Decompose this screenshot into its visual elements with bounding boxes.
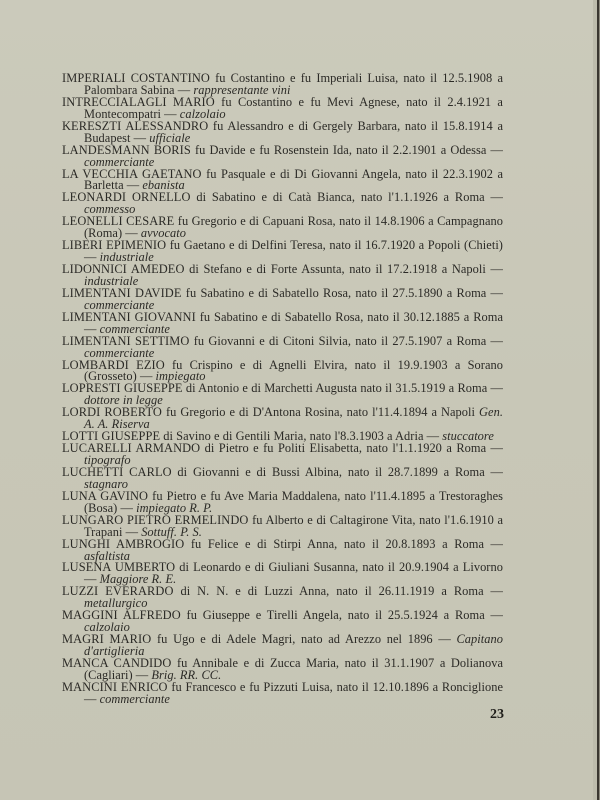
entry-details: fu Davide e fu Rosenstein Ida, nato il 2… (191, 143, 503, 157)
list-item: LOMBARDI EZIO fu Crispino e di Agnelli E… (62, 360, 503, 384)
list-item: MANCA CANDIDO fu Annibale e di Zucca Mar… (62, 658, 503, 682)
list-item: LEONARDI ORNELLO di Sabatino e di Catà B… (62, 192, 503, 216)
page-number: 23 (490, 707, 504, 723)
list-item: KERESZTI ALESSANDRO fu Alessandro e di G… (62, 121, 503, 145)
list-item: LUNA GAVINO fu Pietro e fu Ave Maria Mad… (62, 491, 503, 515)
list-item: LUZZI EVERARDO di N. N. e di Luzzi Anna,… (62, 586, 503, 610)
list-item: LUSENA UMBERTO di Leonardo e di Giuliani… (62, 562, 503, 586)
list-item: LORDI ROBERTO fu Gregorio e di D'Antona … (62, 407, 503, 431)
list-item: LIBERI EPIMENIO fu Gaetano e di Delfini … (62, 240, 503, 264)
list-item: MANCINI ENRICO fu Francesco e fu Pizzuti… (62, 682, 503, 706)
list-item: LUCARELLI ARMANDO di Pietro e fu Politi … (62, 443, 503, 467)
list-item: INTRECCIALAGLI MARIO fu Costantino e fu … (62, 97, 503, 121)
entry-details: fu Gregorio e di D'Antona Rosina, nato l… (162, 405, 479, 419)
list-item: LA VECCHIA GAETANO fu Pasquale e di Di G… (62, 169, 503, 193)
list-item: MAGGINI ALFREDO fu Giuseppe e Tirelli An… (62, 610, 503, 634)
entry-details: fu Ugo e di Adele Magri, nato ad Arezzo … (151, 632, 456, 646)
document-page: IMPERIALI COSTANTINO fu Costantino e fu … (0, 0, 600, 800)
entry-details: di Antonio e di Marchetti Augusta nato i… (183, 381, 503, 395)
entry-details: di Sabatino e di Catà Bianca, nato l'1.1… (191, 190, 503, 204)
list-item: LANDESMANN BORIS fu Davide e fu Rosenste… (62, 145, 503, 169)
entry-details: di Stefano e di Forte Assunta, nato il 1… (185, 262, 503, 276)
entry-details: fu Giovanni e di Citoni Silvia, nato il … (189, 334, 503, 348)
list-item: LUCHETTI CARLO di Giovanni e di Bussi Al… (62, 467, 503, 491)
entry-occupation: commerciante (100, 692, 170, 706)
list-item: LOPRESTI GIUSEPPE di Antonio e di Marche… (62, 383, 503, 407)
list-item: LUNGARO PIETRO ERMELINDO fu Alberto e di… (62, 515, 503, 539)
entry-details: fu Felice e di Stirpi Anna, nato il 20.8… (184, 537, 503, 551)
list-item: LIMENTANI DAVIDE fu Sabatino e di Sabate… (62, 288, 503, 312)
entry-list: IMPERIALI COSTANTINO fu Costantino e fu … (62, 73, 503, 706)
entry-details: fu Giuseppe e Tirelli Angela, nato il 25… (181, 608, 503, 622)
list-item: LEONELLI CESARE fu Gregorio e di Capuani… (62, 216, 503, 240)
list-item: LIMENTANI GIOVANNI fu Sabatino e di Saba… (62, 312, 503, 336)
entry-details: di Giovanni e di Bussi Albina, nato il 2… (172, 465, 503, 479)
entry-details: di N. N. e di Luzzi Anna, nato il 26.11.… (174, 584, 503, 598)
entry-details: di Pietro e fu Politi Elisabetta, nato l… (200, 441, 503, 455)
list-item: LIDONNICI AMEDEO di Stefano e di Forte A… (62, 264, 503, 288)
list-item: LUNGHI AMBROGIO fu Felice e di Stirpi An… (62, 539, 503, 563)
list-item: MAGRI MARIO fu Ugo e di Adele Magri, nat… (62, 634, 503, 658)
list-item: LIMENTANI SETTIMO fu Giovanni e di Citon… (62, 336, 503, 360)
entry-name: LUCARELLI ARMANDO (62, 441, 200, 455)
list-item: IMPERIALI COSTANTINO fu Costantino e fu … (62, 73, 503, 97)
entry-details: fu Sabatino e di Sabatello Rosa, nato il… (182, 286, 503, 300)
